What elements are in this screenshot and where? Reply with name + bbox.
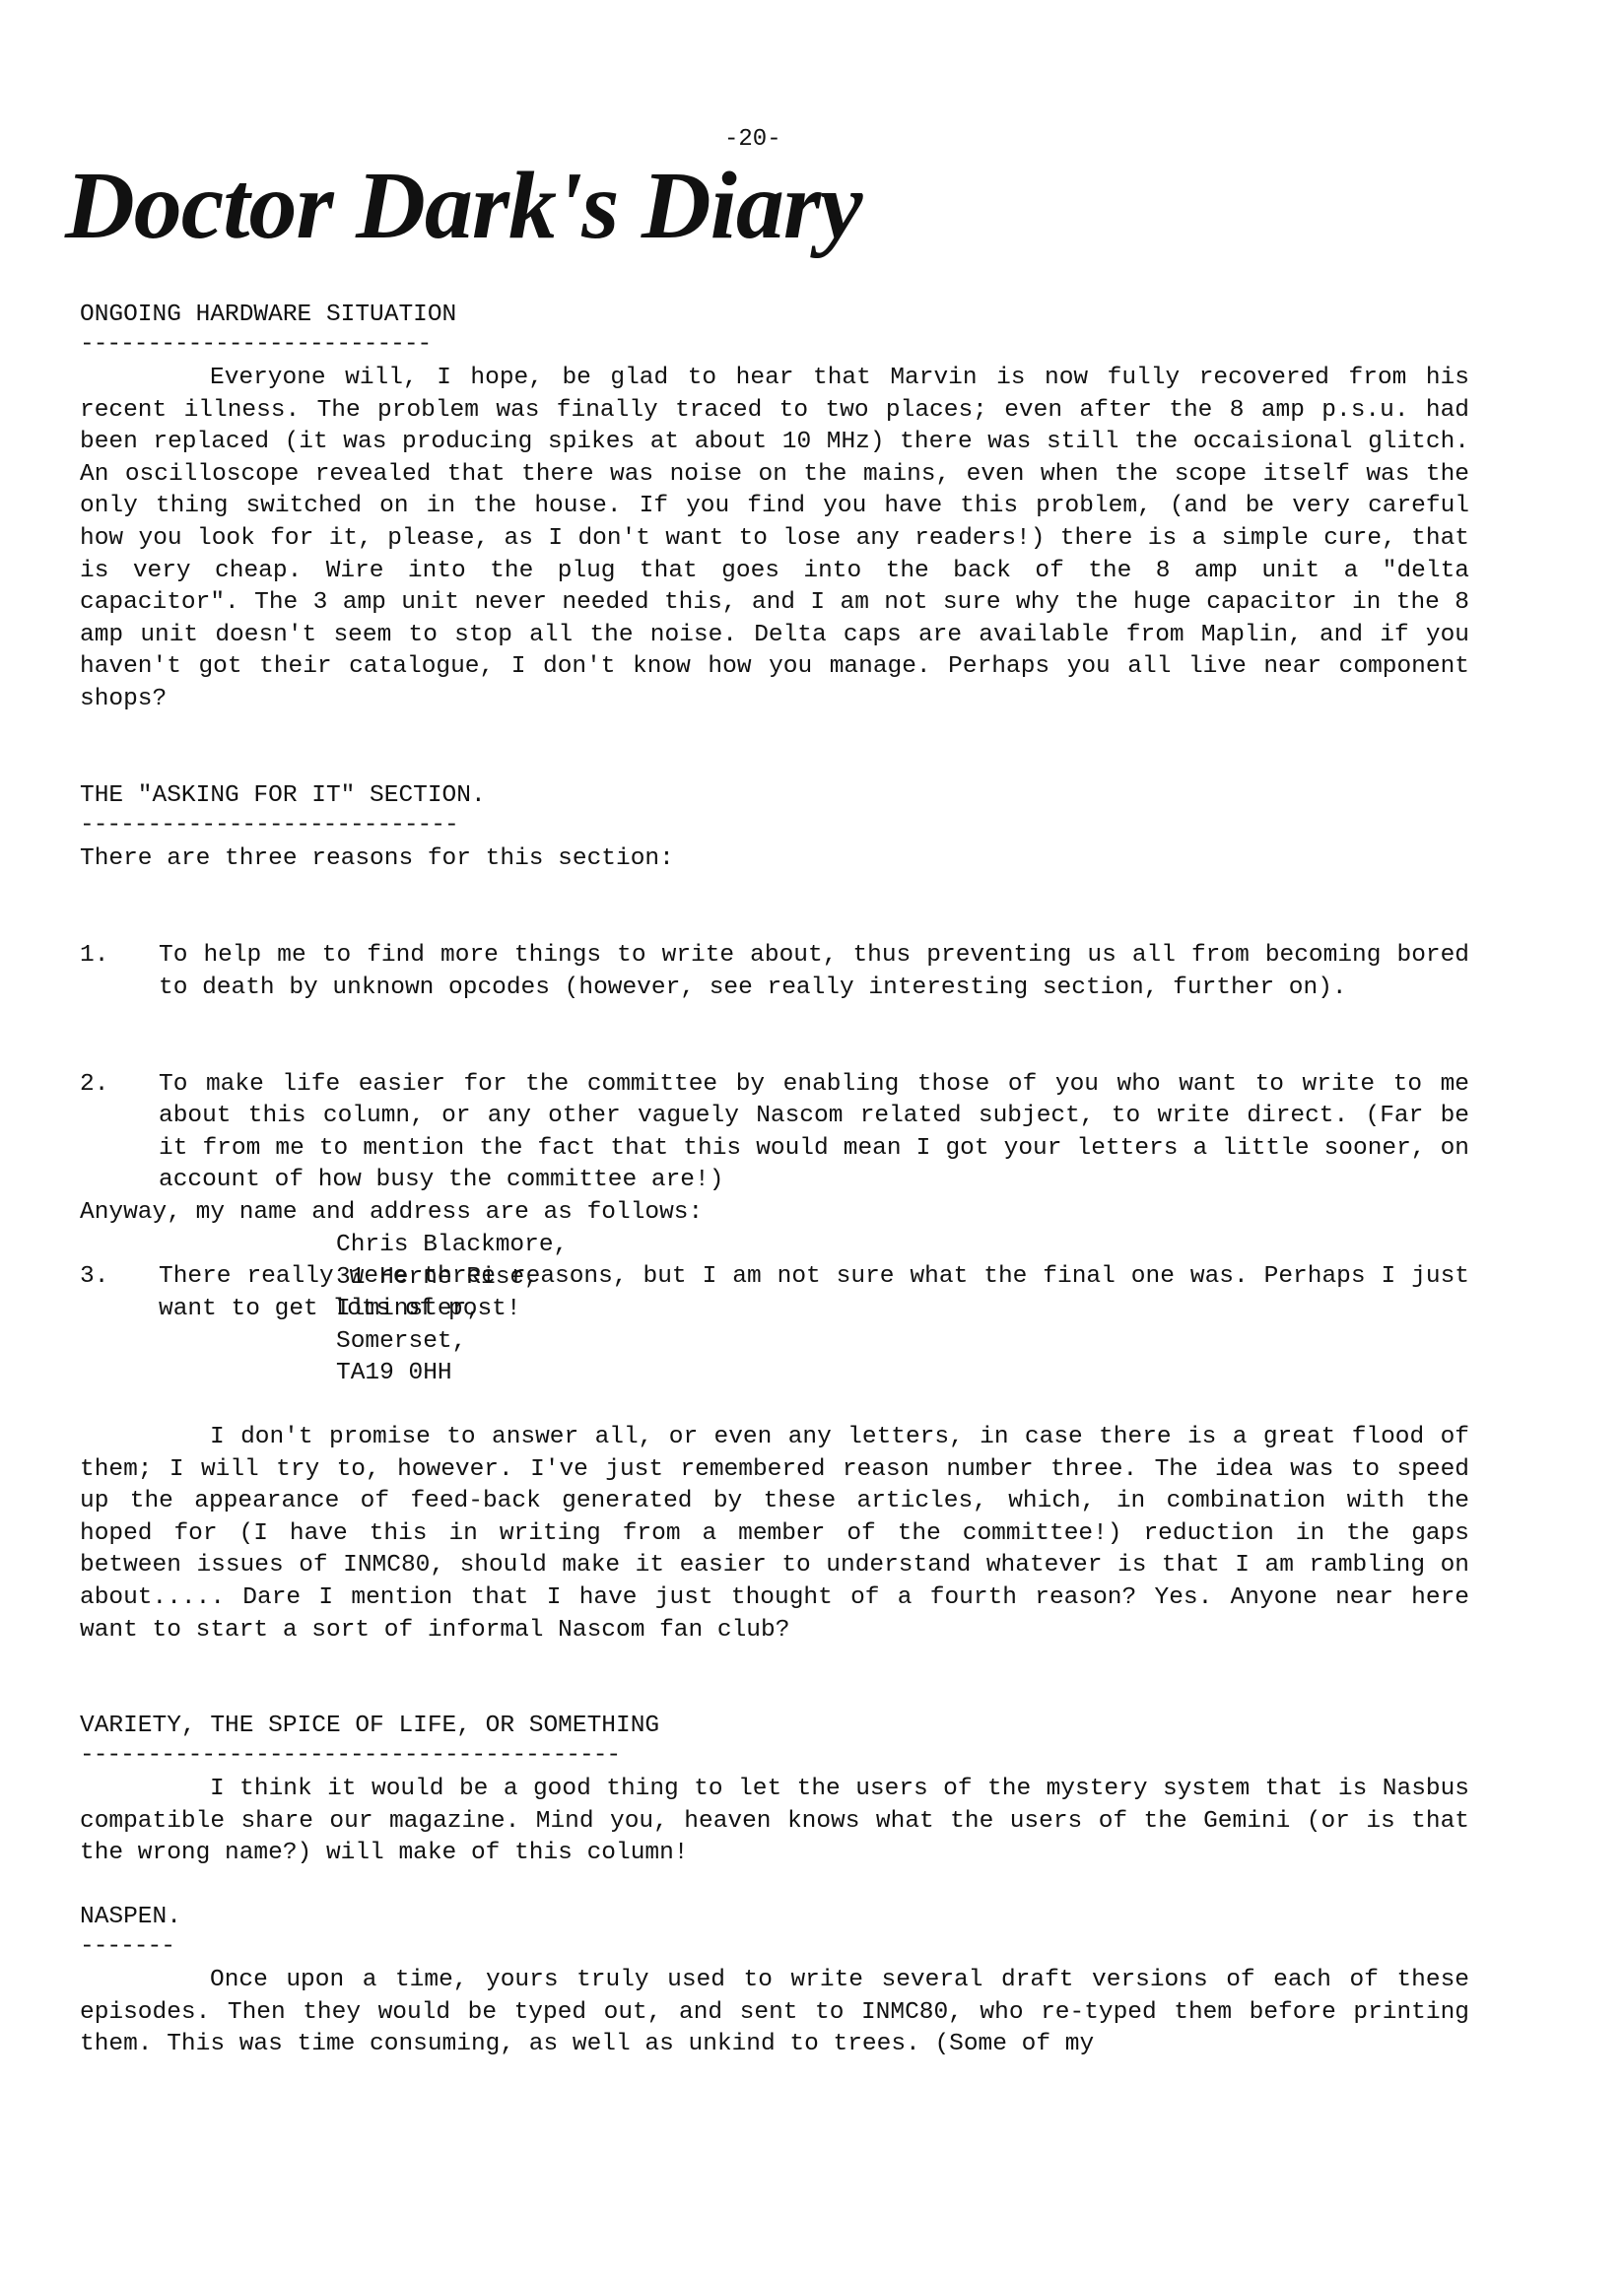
address-line: Ilminster, <box>336 1294 568 1326</box>
list-number: 1. <box>80 940 159 1004</box>
paragraph-letters: I don't promise to answer all, or even a… <box>80 1422 1469 1647</box>
heading-underline: ---------------------------------------- <box>80 1740 1469 1773</box>
page-number: -20- <box>724 126 781 153</box>
list-item: 2. To make life easier for the committee… <box>80 1069 1469 1197</box>
list-intro: There are three reasons for this section… <box>80 843 1469 876</box>
address-line: 31 Herne Rise, <box>336 1262 568 1295</box>
heading-underline: ---------------------------- <box>80 810 1469 842</box>
section-heading-asking: THE "ASKING FOR IT" SECTION. <box>80 780 1469 813</box>
address-block: Chris Blackmore, 31 Herne Rise, Ilminste… <box>336 1230 568 1390</box>
paragraph-variety: I think it would be a good thing to let … <box>80 1774 1469 1870</box>
list-number: 3. <box>80 1261 159 1325</box>
paragraph-naspen: Once upon a time, yours truly used to wr… <box>80 1965 1469 2061</box>
section-heading-variety: VARIETY, THE SPICE OF LIFE, OR SOMETHING <box>80 1711 1469 1743</box>
address-line: Somerset, <box>336 1326 568 1359</box>
reasons-list: 1. To help me to find more things to wri… <box>80 876 1469 1358</box>
address-line: TA19 0HH <box>336 1358 568 1390</box>
heading-underline: -------------------------- <box>80 329 1469 362</box>
heading-underline: ------- <box>80 1931 1469 1964</box>
list-text: To make life easier for the committee by… <box>159 1069 1469 1197</box>
section-heading-naspen: NASPEN. <box>80 1902 1469 1934</box>
paragraph-hardware: Everyone will, I hope, be glad to hear t… <box>80 363 1469 716</box>
address-intro: Anyway, my name and address are as follo… <box>80 1197 1469 1230</box>
page-title: Doctor Dark's Diary <box>65 158 862 254</box>
list-item: 3. There really were three reasons, but … <box>80 1261 1469 1325</box>
list-number: 2. <box>80 1069 159 1197</box>
section-heading-hardware: ONGOING HARDWARE SITUATION <box>80 300 1469 332</box>
list-item: 1. To help me to find more things to wri… <box>80 940 1469 1004</box>
list-text: To help me to find more things to write … <box>159 940 1469 1004</box>
address-line: Chris Blackmore, <box>336 1230 568 1262</box>
